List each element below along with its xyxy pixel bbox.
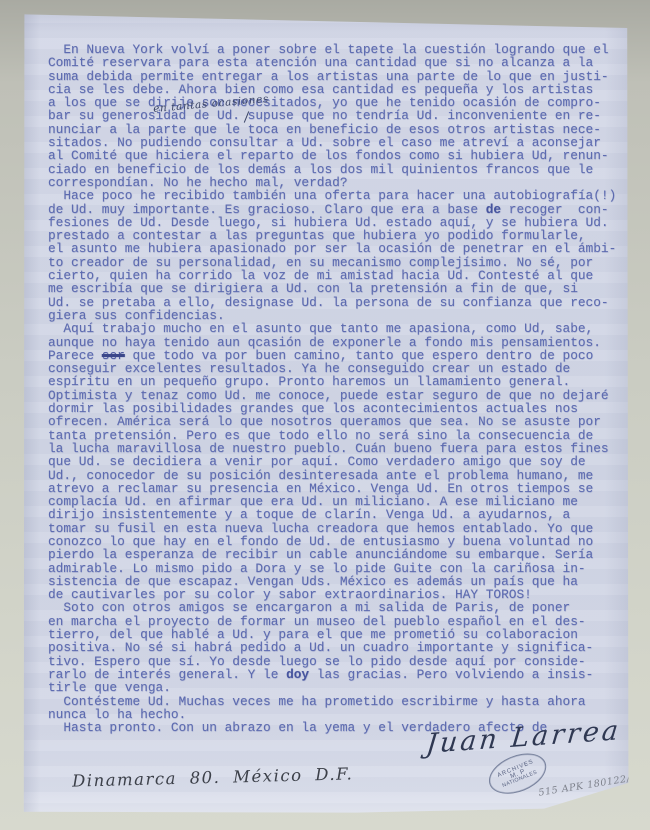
letter-line: Soto con otros amigos se encargaron a mi… [48, 601, 626, 614]
letter-line: dirijo insistentemente y a toque de clar… [48, 508, 626, 521]
letter-line: Contésteme Ud. Muchas veces me ha promet… [48, 695, 626, 708]
letter-line: tivo. Espero que sí. Yo desde luego se l… [48, 655, 626, 668]
letter-line: Parece ser que todo va por buen camino, … [48, 349, 626, 362]
letter-line: dormir las posibilidades grandes que los… [48, 402, 626, 415]
letter-line: rarlo de interés general. Y le doy las g… [48, 668, 626, 681]
letter-line: Ud. se pretaba a ello, designase Ud. la … [48, 296, 626, 309]
letter-line: el asunto me hubiera apasionado por ser … [48, 242, 626, 255]
letter-line: tanta pretensión. Pero es que todo ello … [48, 429, 626, 442]
letter-line: a los que se dirije son necesitados, yo … [48, 96, 626, 109]
letter-line: nunca lo ha hecho. [48, 708, 626, 721]
letter-line: de cautivarles por su color y sabor extr… [48, 588, 626, 601]
letter-line: que Ud. se decidiera a venir por aquí. C… [48, 455, 626, 468]
photograph-background: { "colors": { "paper": "#d2d6e5", "typew… [0, 0, 650, 830]
letter-line: nunciar a la parte que le toca en benefi… [48, 123, 626, 136]
letter-line: cia se les debe. Ahora bien como esa can… [48, 83, 626, 96]
letter-line: Aquí trabajo mucho en el asunto que tant… [48, 322, 626, 335]
letter-line: correspondían. No he hecho mal, verdad? [48, 176, 626, 189]
letter-line: En Nueva York volví a poner sobre el tap… [48, 43, 626, 56]
letter-line: ciado en beneficio de los demás a los do… [48, 163, 626, 176]
letter-line: conozco lo que hay en el fondo de Ud. de… [48, 535, 626, 548]
letter-line: sitados. No pudiendo consultar a Ud. sob… [48, 136, 626, 149]
letter-line: espíritu en un pequeño grupo. Pronto har… [48, 375, 626, 388]
letter-line: admirable. Lo mismo pido a Dora y se lo … [48, 562, 626, 575]
letter-line: al Comité que hiciera el reparto de los … [48, 149, 626, 162]
letter-line: Comité reservara para esta atención una … [48, 56, 626, 69]
letter-line: suma debida permite entregar a los artis… [48, 70, 626, 83]
letter-line: tirle que venga. [48, 681, 626, 694]
letter-line: la lucha maravillosa de nuestro pueblo. … [48, 442, 626, 455]
letter-line: fesiones de Ud. Desde luego, si hubiera … [48, 216, 626, 229]
letter-line: me escribía que se dirigiera a Ud. con l… [48, 282, 626, 295]
letter-line: Hace poco he recibido también una oferta… [48, 189, 626, 202]
letter-line: giera sus confidencias. [48, 309, 626, 322]
letter-line: prestado a contestar a las preguntas que… [48, 229, 626, 242]
letter-line: aunque no haya tenido aun qcasión de exp… [48, 336, 626, 349]
letter-line: bar su generosidad de Ud. supuse que no … [48, 109, 626, 122]
letter-line: en marcha el proyecto de formar un museo… [48, 615, 626, 628]
letter-body: En Nueva York volví a poner sobre el tap… [48, 43, 626, 734]
letter-line: conseguir excelentes resultados. Ya he c… [48, 362, 626, 375]
letter-line: tomar su fusil en esta nueva lucha cread… [48, 522, 626, 535]
letter-paper: En Nueva York volví a poner sobre el tap… [22, 12, 629, 815]
letter-line: atrevo a reclamar su presencia en México… [48, 482, 626, 495]
letter-line: complacía Ud. en afirmar que era Ud. un … [48, 495, 626, 508]
letter-line: de Ud. muy importante. Es gracioso. Clar… [48, 203, 626, 216]
letter-line: sistencia de que escapaz. Vengan Uds. Mé… [48, 575, 626, 588]
letter-line: to creador de su personalidad, en su mec… [48, 256, 626, 269]
letter-line: ofrecen. América será lo que nosotros qu… [48, 415, 626, 428]
letter-line: pierdo la esperanza de recibir un cable … [48, 548, 626, 561]
letter-line: positiva. No sé si habrá pedido a Ud. un… [48, 641, 626, 654]
handwritten-address-note: Dinamarca 80. México D.F. [72, 764, 354, 790]
letter-line: Optimista y tenaz como Ud. me conoce, pu… [48, 389, 626, 402]
letter-line: cierto, quien ha corrido la voz de mi am… [48, 269, 626, 282]
letter-line: Ud., conocedor de su posición desinteres… [48, 469, 626, 482]
letter-line: tierro, del que hablé a Ud. y para el qu… [48, 628, 626, 641]
